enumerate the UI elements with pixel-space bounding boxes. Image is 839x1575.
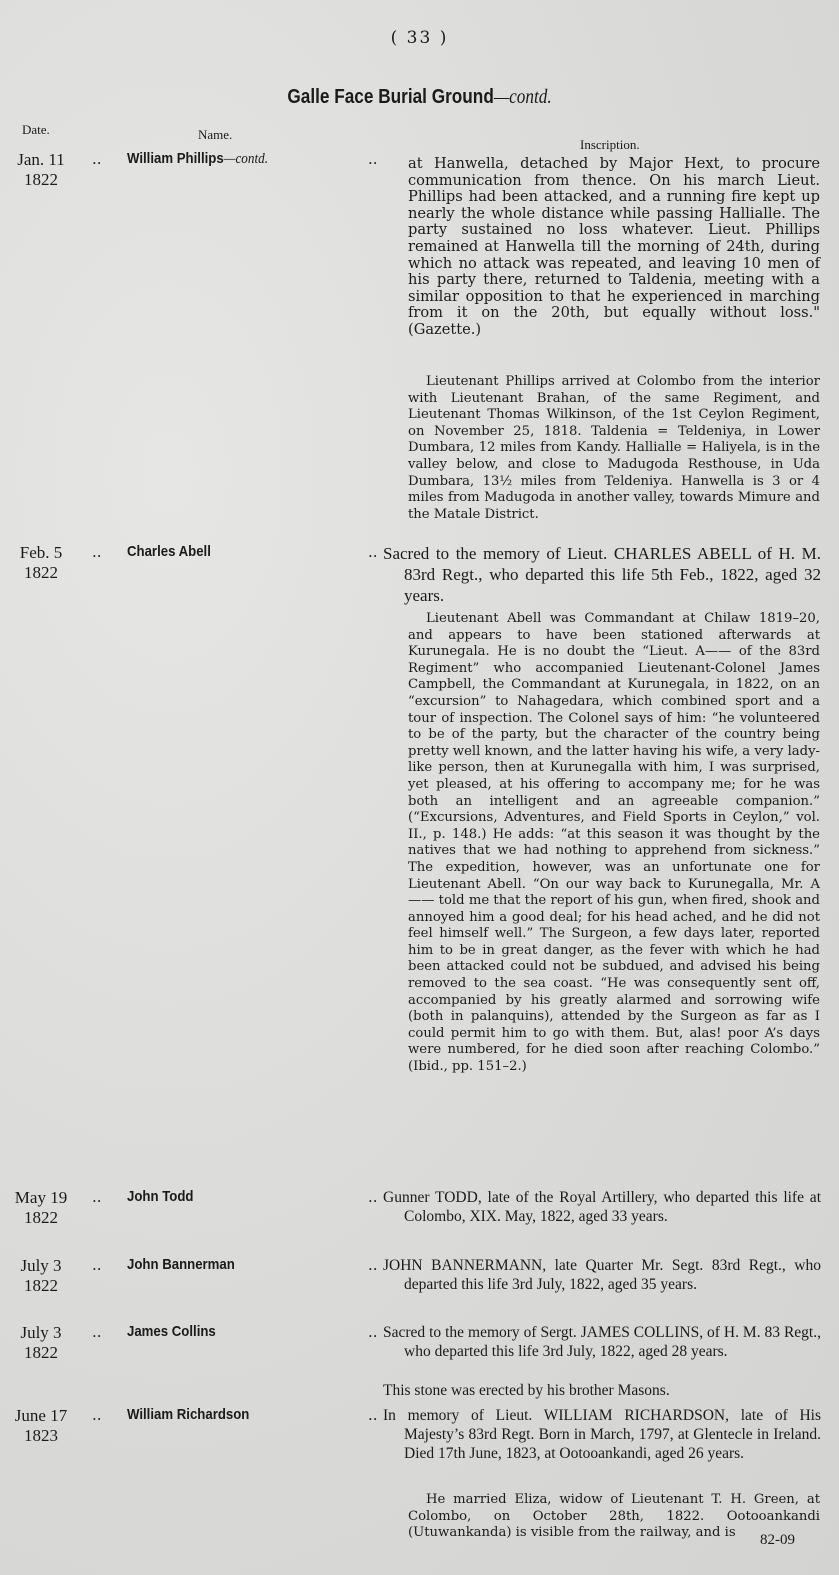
date-year: 1822 xyxy=(10,1208,72,1228)
date-year: 1822 xyxy=(10,170,72,190)
title-suffix: —contd. xyxy=(494,86,552,108)
column-header-date: Date. xyxy=(22,122,50,138)
entry-note: Lieutenant Phillips arrived at Colombo f… xyxy=(408,374,820,523)
page-title: Galle Face Burial Ground—contd. xyxy=(59,86,781,109)
inscription: Sacred to the memory of Lieut. CHARLES A… xyxy=(383,543,821,606)
inscription-continued: at Hanwella, detached by Major Hext, to … xyxy=(408,156,820,339)
separator: .. xyxy=(92,1188,102,1206)
column-header-name: Name. xyxy=(198,127,232,143)
entry-note: Lieutenant Abell was Commandant at Chila… xyxy=(408,611,820,1076)
column-header-inscription: Inscription. xyxy=(580,137,640,153)
title-text: Galle Face Burial Ground xyxy=(287,86,493,108)
entry-date: June 171823 xyxy=(10,1406,72,1446)
entry-name: William Phillips—contd. xyxy=(127,150,268,168)
date-year: 1823 xyxy=(10,1426,72,1446)
page-number: ( 33 ) xyxy=(0,28,839,48)
inscription: Gunner TODD, late of the Royal Artillery… xyxy=(383,1188,821,1226)
separator: .. xyxy=(368,1188,378,1206)
entry-note: He married Eliza, widow of Lieutenant T.… xyxy=(408,1492,820,1542)
entry-date: Jan. 111822 xyxy=(10,150,72,190)
date-year: 1822 xyxy=(10,563,72,583)
entry-name: William Richardson xyxy=(127,1406,249,1423)
date-day: Jan. 11 xyxy=(10,150,72,170)
name-text: William Phillips xyxy=(127,150,224,167)
inscription: Sacred to the memory of Sergt. JAMES COL… xyxy=(383,1323,821,1361)
inscription: JOHN BANNERMANN, late Quarter Mr. Segt. … xyxy=(383,1256,821,1294)
date-day: July 3 xyxy=(10,1256,72,1276)
entry-name: Charles Abell xyxy=(127,543,211,560)
entry-date: July 31822 xyxy=(10,1323,72,1363)
inscription: In memory of Lieut. WILLIAM RICHARDSON, … xyxy=(383,1406,821,1463)
separator: .. xyxy=(368,1406,378,1424)
entry-name: James Collins xyxy=(127,1323,216,1340)
date-year: 1822 xyxy=(10,1343,72,1363)
date-day: Feb. 5 xyxy=(10,543,72,563)
entry-date: Feb. 51822 xyxy=(10,543,72,583)
footer-code: 82-09 xyxy=(760,1532,795,1549)
entry-date: July 31822 xyxy=(10,1256,72,1296)
date-day: May 19 xyxy=(10,1188,72,1208)
date-year: 1822 xyxy=(10,1276,72,1296)
separator: .. xyxy=(368,1256,378,1274)
inscription-postscript: This stone was erected by his brother Ma… xyxy=(383,1381,821,1400)
date-day: July 3 xyxy=(10,1323,72,1343)
separator: .. xyxy=(368,543,378,561)
separator: .. xyxy=(92,1406,102,1424)
entry-date: May 191822 xyxy=(10,1188,72,1228)
separator: .. xyxy=(92,543,102,561)
entry-name: John Bannerman xyxy=(127,1256,235,1273)
entry-name: John Todd xyxy=(127,1188,193,1205)
date-day: June 17 xyxy=(10,1406,72,1426)
separator: .. xyxy=(368,150,378,168)
separator: .. xyxy=(92,150,102,168)
separator: .. xyxy=(92,1256,102,1274)
separator: .. xyxy=(92,1323,102,1341)
separator: .. xyxy=(368,1323,378,1341)
name-suffix: —contd. xyxy=(224,151,268,167)
